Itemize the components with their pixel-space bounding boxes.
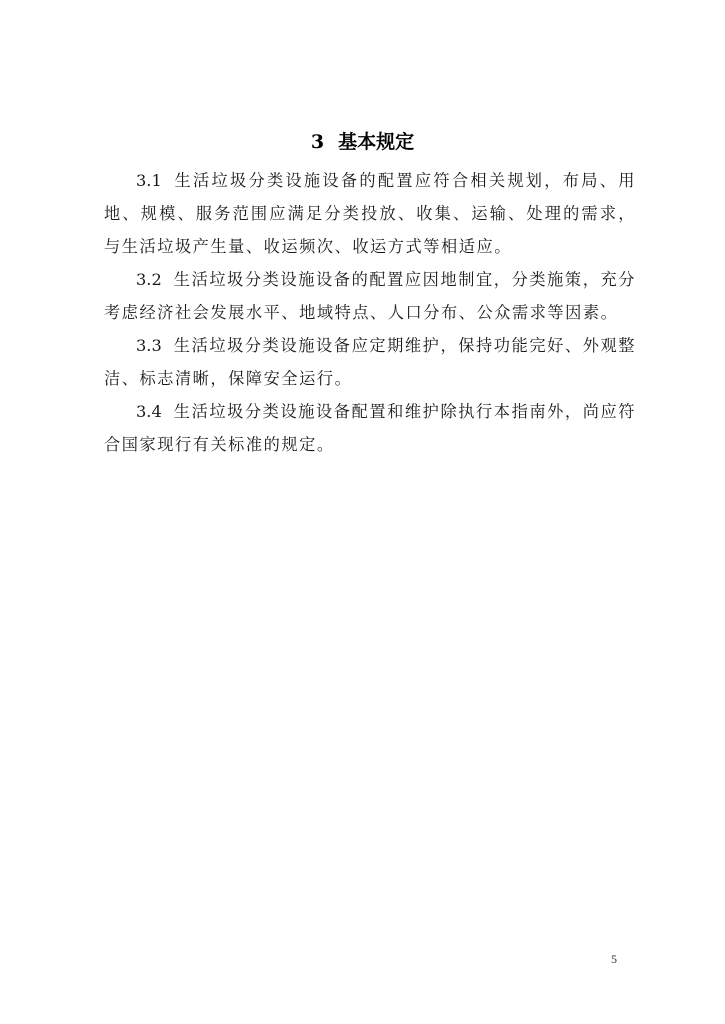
clause-text: 生活垃圾分类设施设备的配置应因地制宜，分类施策，充分考虑经济社会发展水平、地域特… [104, 270, 636, 322]
section-heading: 3基本规定 [0, 128, 725, 156]
clause-3-1: 3.1生活垃圾分类设施设备的配置应符合相关规划，布局、用地、规模、服务范围应满足… [104, 164, 636, 263]
clause-text: 生活垃圾分类设施设备配置和维护除执行本指南外，尚应符合国家现行有关标准的规定。 [104, 402, 636, 454]
section-body: 3.1生活垃圾分类设施设备的配置应符合相关规划，布局、用地、规模、服务范围应满足… [104, 164, 636, 461]
clause-number: 3.1 [136, 171, 162, 190]
clause-text: 生活垃圾分类设施设备应定期维护，保持功能完好、外观整洁、标志清晰，保障安全运行。 [104, 336, 636, 388]
clause-3-3: 3.3生活垃圾分类设施设备应定期维护，保持功能完好、外观整洁、标志清晰，保障安全… [104, 329, 636, 395]
clause-number: 3.2 [136, 270, 162, 289]
clause-number: 3.3 [136, 336, 162, 355]
section-title-text: 基本规定 [338, 131, 414, 153]
clause-3-2: 3.2生活垃圾分类设施设备的配置应因地制宜，分类施策，充分考虑经济社会发展水平、… [104, 263, 636, 329]
document-page: 3基本规定 3.1生活垃圾分类设施设备的配置应符合相关规划，布局、用地、规模、服… [0, 0, 725, 1024]
clause-number: 3.4 [136, 402, 162, 421]
clause-3-4: 3.4生活垃圾分类设施设备配置和维护除执行本指南外，尚应符合国家现行有关标准的规… [104, 395, 636, 461]
clause-text: 生活垃圾分类设施设备的配置应符合相关规划，布局、用地、规模、服务范围应满足分类投… [104, 171, 636, 256]
section-number: 3 [311, 131, 324, 153]
page-number: 5 [611, 952, 617, 967]
